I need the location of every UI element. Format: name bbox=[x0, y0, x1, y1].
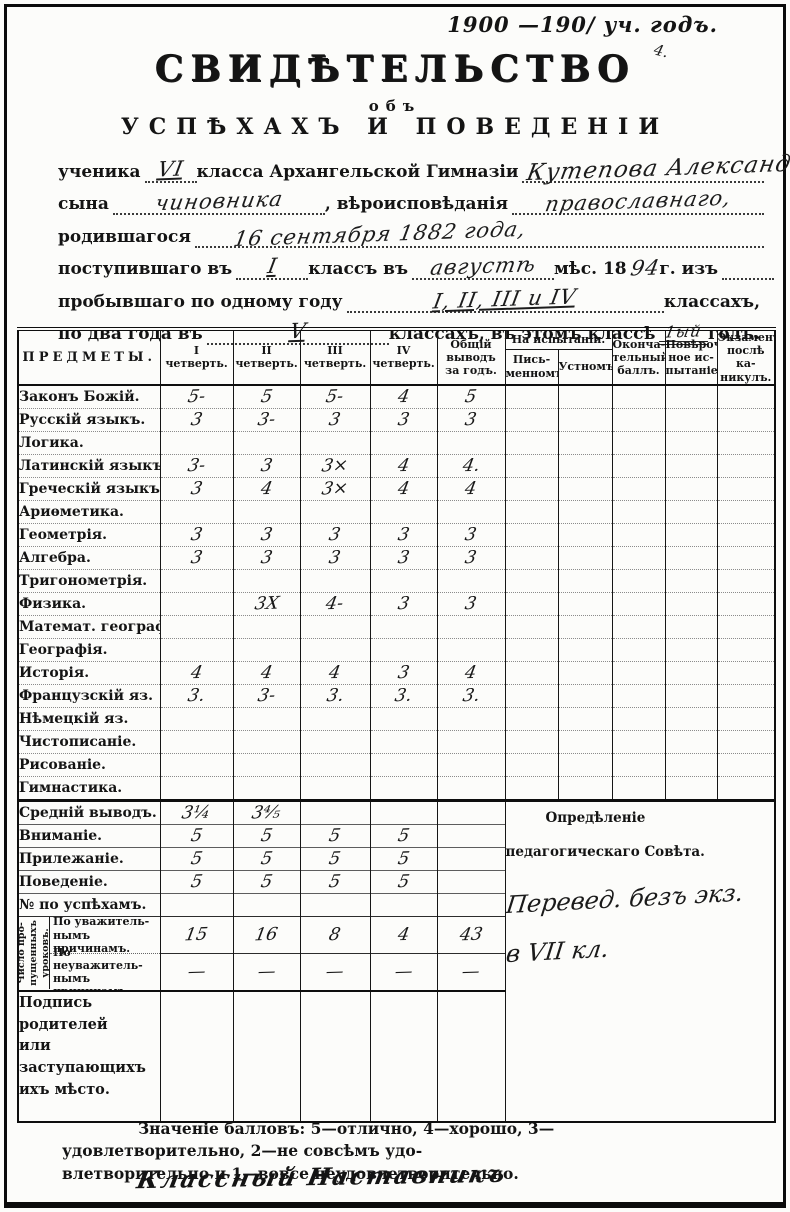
grade-cell: 3 bbox=[300, 408, 370, 431]
grade-cell: 3- bbox=[160, 454, 233, 477]
summary-grade-cell bbox=[437, 824, 505, 847]
subject-row: Географія. bbox=[18, 638, 775, 661]
empty-exam-cell bbox=[505, 615, 558, 638]
empty-exam-cell bbox=[717, 523, 775, 546]
grade-cell bbox=[300, 638, 370, 661]
grade-cell: 3 bbox=[233, 454, 300, 477]
label-month-18: мѣс. 18 bbox=[554, 259, 631, 280]
subject-row: Нѣмецкій яз. bbox=[18, 707, 775, 730]
missed-count-cell: — bbox=[370, 953, 437, 991]
empty-exam-cell bbox=[612, 523, 665, 546]
column-header-exam-group: На испытаніи. bbox=[505, 329, 612, 349]
marks-legend-line1: Значеніе балловъ: 5—отлично, 4—хорошо, 3… bbox=[62, 1118, 732, 1163]
subject-row: Геометрія.33333 bbox=[18, 523, 775, 546]
empty-exam-cell bbox=[665, 684, 717, 707]
empty-exam-cell bbox=[717, 615, 775, 638]
grade-cell bbox=[370, 431, 437, 454]
grade-cell bbox=[370, 638, 437, 661]
form-line-one-year: пробывшаго по одному году I, II, III и I… bbox=[58, 280, 764, 313]
grade-cell bbox=[437, 730, 505, 753]
subject-row: Греческій языкъ.343×44 bbox=[18, 477, 775, 500]
grade-cell: 3. bbox=[300, 684, 370, 707]
grade-cell: 4- bbox=[300, 592, 370, 615]
label-from: г. изъ bbox=[659, 259, 722, 280]
subject-row: Законъ Божій.5-55-45 bbox=[18, 385, 775, 409]
grade-cell bbox=[300, 776, 370, 800]
grade-cell bbox=[300, 753, 370, 776]
grade-cell: 3× bbox=[300, 477, 370, 500]
empty-exam-cell bbox=[505, 661, 558, 684]
column-header-exam-sub-1: Пись- менномъ bbox=[505, 349, 558, 385]
subject-row: Исторія.44434 bbox=[18, 661, 775, 684]
birth-date-field: 16 сентября 1882 года, bbox=[195, 222, 764, 248]
entry-month-field: августѣ bbox=[412, 254, 554, 280]
summary-grade-cell bbox=[300, 893, 370, 916]
subject-name: Законъ Божій. bbox=[18, 385, 160, 409]
empty-exam-cell bbox=[558, 753, 612, 776]
entry-year-field: 94 bbox=[631, 256, 660, 280]
grade-cell: 3 bbox=[233, 546, 300, 569]
empty-exam-cell bbox=[665, 523, 717, 546]
empty-exam-cell bbox=[665, 431, 717, 454]
empty-exam-cell bbox=[717, 638, 775, 661]
grade-cell bbox=[160, 707, 233, 730]
empty-exam-cell bbox=[612, 684, 665, 707]
grade-cell: 3. bbox=[160, 684, 233, 707]
subject-name: Рисованіе. bbox=[18, 753, 160, 776]
column-header-final-mark: Оконча- тельный баллъ. bbox=[612, 329, 665, 385]
subject-row: Математ. географ. bbox=[18, 615, 775, 638]
empty-exam-cell bbox=[505, 431, 558, 454]
summary-grade-cell: 5 bbox=[160, 824, 233, 847]
missed-count-cell: — bbox=[437, 953, 505, 991]
grade-cell bbox=[300, 615, 370, 638]
grade-cell: 3 bbox=[437, 408, 505, 431]
grade-cell bbox=[233, 500, 300, 523]
missed-count-cell: — bbox=[233, 953, 300, 991]
grade-cell: 5 bbox=[437, 385, 505, 409]
grade-cell: 3 bbox=[370, 546, 437, 569]
empty-exam-cell bbox=[717, 431, 775, 454]
father-status-field: чиновника bbox=[113, 189, 325, 215]
empty-exam-cell bbox=[558, 707, 612, 730]
summary-grade-cell: 3¼ bbox=[160, 800, 233, 824]
subject-name: Русскій языкъ. bbox=[18, 408, 160, 431]
grade-cell bbox=[437, 615, 505, 638]
empty-exam-cell bbox=[612, 707, 665, 730]
empty-exam-cell bbox=[558, 638, 612, 661]
grade-cell: 3 bbox=[160, 523, 233, 546]
grade-cell: 3 bbox=[370, 408, 437, 431]
religion-field: православнаго, bbox=[512, 189, 764, 215]
label-born: родившагося bbox=[58, 227, 195, 248]
empty-exam-cell bbox=[717, 569, 775, 592]
subject-name: Математ. географ. bbox=[18, 615, 160, 638]
council-handwritten-note-2: в VII кл. bbox=[505, 920, 775, 973]
summary-grade-cell bbox=[437, 870, 505, 893]
form-line-student: ученика VI класса Архангельской Гимназіи… bbox=[58, 150, 764, 183]
subject-row: Французскій яз.3.3-3.3.3. bbox=[18, 684, 775, 707]
column-header-exam-sub-2: Устномъ bbox=[558, 349, 612, 385]
empty-exam-cell bbox=[612, 477, 665, 500]
column-header-subjects: ПРЕДМЕТЫ. bbox=[18, 329, 160, 385]
subject-name: Ариѳметика. bbox=[18, 500, 160, 523]
empty-exam-cell bbox=[612, 776, 665, 800]
empty-exam-cell bbox=[612, 385, 665, 409]
empty-exam-cell bbox=[665, 500, 717, 523]
summary-grade-cell: 5 bbox=[300, 847, 370, 870]
signature-empty-cell bbox=[300, 991, 370, 1122]
grade-cell: 3- bbox=[233, 684, 300, 707]
grade-cell: 5- bbox=[160, 385, 233, 409]
label-uchenika: ученика bbox=[58, 162, 145, 183]
summary-grade-cell: 3⅘ bbox=[233, 800, 300, 824]
subject-row: Чистописаніе. bbox=[18, 730, 775, 753]
summary-grade-cell bbox=[160, 893, 233, 916]
empty-exam-cell bbox=[558, 477, 612, 500]
grade-cell: 3 bbox=[437, 523, 505, 546]
class-mentor-signature: Классный Наставникъ bbox=[135, 1159, 510, 1194]
form-line-birth: родившагося 16 сентября 1882 года, bbox=[58, 215, 764, 248]
summary-grade-cell bbox=[437, 893, 505, 916]
summary-name: Средній выводъ. bbox=[18, 800, 160, 824]
grade-cell: 4 bbox=[370, 385, 437, 409]
subject-row: Физика.3X4-33 bbox=[18, 592, 775, 615]
grade-cell bbox=[370, 615, 437, 638]
empty-exam-cell bbox=[665, 385, 717, 409]
label-religion: , вѣроисповѣданія bbox=[325, 194, 512, 215]
grade-cell bbox=[160, 730, 233, 753]
empty-exam-cell bbox=[505, 753, 558, 776]
column-header-quarter-3: III четверть. bbox=[300, 329, 370, 385]
summary-row: Средній выводъ.3¼3⅘Опредѣленіе педагогич… bbox=[18, 800, 775, 824]
empty-exam-cell bbox=[505, 638, 558, 661]
empty-exam-cell bbox=[717, 546, 775, 569]
empty-exam-cell bbox=[717, 661, 775, 684]
grade-cell bbox=[160, 592, 233, 615]
grade-cell bbox=[233, 776, 300, 800]
empty-exam-cell bbox=[612, 615, 665, 638]
pedagogical-council-cell: Опредѣленіе педагогическаго Совѣта.Перев… bbox=[505, 800, 775, 1122]
grade-cell bbox=[233, 730, 300, 753]
missed-count-cell: — bbox=[300, 953, 370, 991]
label-gymnasium: класса Архангельской Гимназіи bbox=[197, 162, 523, 183]
empty-exam-cell bbox=[665, 592, 717, 615]
document-subtitle-main: УСПѢХАХЪ И ПОВЕДЕНІИ bbox=[0, 114, 790, 140]
empty-exam-cell bbox=[612, 500, 665, 523]
empty-exam-cell bbox=[558, 592, 612, 615]
empty-exam-cell bbox=[558, 776, 612, 800]
empty-exam-cell bbox=[717, 385, 775, 409]
grade-cell bbox=[437, 500, 505, 523]
form-line-entry: поступившаго въ I классъ въ августѣ мѣс.… bbox=[58, 248, 764, 281]
grade-cell bbox=[437, 776, 505, 800]
empty-exam-cell bbox=[505, 592, 558, 615]
column-header-quarter-1: I четверть. bbox=[160, 329, 233, 385]
entry-from-blank bbox=[722, 278, 774, 280]
empty-exam-cell bbox=[558, 569, 612, 592]
empty-exam-cell bbox=[665, 776, 717, 800]
subject-name: Географія. bbox=[18, 638, 160, 661]
empty-exam-cell bbox=[665, 638, 717, 661]
subject-name: Физика. bbox=[18, 592, 160, 615]
grade-cell: 3 bbox=[160, 546, 233, 569]
summary-name: Вниманіе. bbox=[18, 824, 160, 847]
grade-cell bbox=[370, 500, 437, 523]
summary-name: Прилежаніе. bbox=[18, 847, 160, 870]
summary-grade-cell: 5 bbox=[300, 824, 370, 847]
grade-cell: 4 bbox=[160, 661, 233, 684]
empty-exam-cell bbox=[558, 408, 612, 431]
empty-exam-cell bbox=[717, 477, 775, 500]
grade-cell: 4 bbox=[437, 477, 505, 500]
grade-cell: 3 bbox=[160, 477, 233, 500]
report-card-page: 1900 —190/ уч. годъ. 4. СВИДѢТЕЛЬСТВО об… bbox=[0, 0, 790, 1212]
empty-exam-cell bbox=[612, 408, 665, 431]
grade-cell bbox=[233, 638, 300, 661]
grade-cell: 3 bbox=[370, 592, 437, 615]
summary-grade-cell: 5 bbox=[233, 870, 300, 893]
subject-row: Алгебра.33333 bbox=[18, 546, 775, 569]
empty-exam-cell bbox=[558, 500, 612, 523]
document-title: СВИДѢТЕЛЬСТВО bbox=[0, 48, 790, 90]
empty-exam-cell bbox=[505, 776, 558, 800]
summary-grade-cell bbox=[437, 847, 505, 870]
class-number-field: VI bbox=[145, 157, 197, 183]
empty-exam-cell bbox=[717, 592, 775, 615]
subject-name: Чистописаніе. bbox=[18, 730, 160, 753]
grade-cell: 5- bbox=[300, 385, 370, 409]
subject-name: Логика. bbox=[18, 431, 160, 454]
grade-cell bbox=[370, 569, 437, 592]
empty-exam-cell bbox=[665, 569, 717, 592]
grade-cell bbox=[160, 500, 233, 523]
signature-empty-cell bbox=[160, 991, 233, 1122]
subject-row: Латинскій языкъ.3-33×44. bbox=[18, 454, 775, 477]
subject-row: Логика. bbox=[18, 431, 775, 454]
subject-name: Исторія. bbox=[18, 661, 160, 684]
empty-exam-cell bbox=[612, 753, 665, 776]
empty-exam-cell bbox=[558, 431, 612, 454]
empty-exam-cell bbox=[665, 707, 717, 730]
summary-grade-cell: 5 bbox=[370, 847, 437, 870]
label-klassah1: классахъ, bbox=[664, 292, 764, 313]
parent-signature-label: Подпись родителей или заступающихъ ихъ м… bbox=[18, 991, 160, 1122]
empty-exam-cell bbox=[505, 500, 558, 523]
column-header-quarter-4: IV четверть. bbox=[370, 329, 437, 385]
empty-exam-cell bbox=[505, 477, 558, 500]
empty-exam-cell bbox=[612, 569, 665, 592]
summary-name: № по успѣхамъ. bbox=[18, 893, 160, 916]
subject-row: Ариѳметика. bbox=[18, 500, 775, 523]
empty-exam-cell bbox=[717, 454, 775, 477]
empty-exam-cell bbox=[505, 523, 558, 546]
empty-exam-cell bbox=[665, 408, 717, 431]
empty-exam-cell bbox=[665, 546, 717, 569]
empty-exam-cell bbox=[558, 546, 612, 569]
missed-count-cell: 4 bbox=[370, 916, 437, 953]
grade-cell: 3 bbox=[300, 523, 370, 546]
empty-exam-cell bbox=[612, 661, 665, 684]
empty-exam-cell bbox=[717, 684, 775, 707]
empty-exam-cell bbox=[558, 454, 612, 477]
grade-cell bbox=[233, 753, 300, 776]
signature-empty-cell bbox=[437, 991, 505, 1122]
empty-exam-cell bbox=[717, 753, 775, 776]
grade-cell bbox=[160, 431, 233, 454]
grade-cell bbox=[437, 753, 505, 776]
grade-cell: 3 bbox=[437, 546, 505, 569]
summary-grade-cell: 5 bbox=[233, 847, 300, 870]
grade-cell bbox=[437, 707, 505, 730]
grade-cell: 3- bbox=[233, 408, 300, 431]
empty-exam-cell bbox=[612, 546, 665, 569]
document-subtitle-ob: объ bbox=[0, 97, 790, 115]
empty-exam-cell bbox=[505, 684, 558, 707]
empty-exam-cell bbox=[612, 638, 665, 661]
empty-exam-cell bbox=[558, 684, 612, 707]
council-handwritten-note: Перевед. безъ экз. bbox=[505, 872, 775, 925]
empty-exam-cell bbox=[558, 661, 612, 684]
missed-reason-label-2: По неуважитель- нымъ причинамъ. bbox=[50, 953, 160, 990]
summary-grade-cell bbox=[437, 800, 505, 824]
grade-cell: 3X bbox=[233, 592, 300, 615]
subject-name: Тригонометрія. bbox=[18, 569, 160, 592]
missed-count-cell: — bbox=[160, 953, 233, 991]
empty-exam-cell bbox=[612, 431, 665, 454]
summary-grade-cell: 5 bbox=[300, 870, 370, 893]
grade-cell: 3 bbox=[233, 523, 300, 546]
grade-cell bbox=[437, 569, 505, 592]
academic-year-line: 1900 —190/ уч. годъ. bbox=[447, 12, 718, 37]
missed-count-cell: 15 bbox=[160, 916, 233, 953]
council-title: Опредѣленіе педагогическаго Совѣта. bbox=[506, 802, 756, 870]
subject-row: Тригонометрія. bbox=[18, 569, 775, 592]
student-name-field: Кутепова Александра bbox=[522, 155, 764, 183]
label-one-year: пробывшаго по одному году bbox=[58, 292, 347, 313]
empty-exam-cell bbox=[717, 408, 775, 431]
grade-cell bbox=[160, 638, 233, 661]
grades-table-wrap: ПРЕДМЕТЫ.I четверть.II четверть.III четв… bbox=[17, 327, 776, 1123]
empty-exam-cell bbox=[505, 730, 558, 753]
grade-cell bbox=[437, 638, 505, 661]
form-line-father: сына чиновника , вѣроисповѣданія правосл… bbox=[58, 183, 764, 216]
grade-cell bbox=[160, 776, 233, 800]
label-class-in: классъ въ bbox=[308, 259, 412, 280]
grade-cell: 3 bbox=[300, 546, 370, 569]
summary-grade-cell bbox=[370, 800, 437, 824]
empty-exam-cell bbox=[717, 500, 775, 523]
grade-cell bbox=[300, 730, 370, 753]
empty-exam-cell bbox=[612, 454, 665, 477]
grade-cell: 3. bbox=[437, 684, 505, 707]
summary-name: Поведеніе. bbox=[18, 870, 160, 893]
grade-cell: 3 bbox=[370, 523, 437, 546]
signature-empty-cell bbox=[370, 991, 437, 1122]
one-year-classes-field: I, II, III и IV bbox=[347, 287, 664, 313]
grade-cell: 3× bbox=[300, 454, 370, 477]
empty-exam-cell bbox=[505, 385, 558, 409]
empty-exam-cell bbox=[558, 615, 612, 638]
grade-cell: 4 bbox=[233, 661, 300, 684]
grade-cell bbox=[160, 615, 233, 638]
grade-cell: 3 bbox=[160, 408, 233, 431]
empty-exam-cell bbox=[558, 385, 612, 409]
grade-cell bbox=[233, 707, 300, 730]
subject-name: Латинскій языкъ. bbox=[18, 454, 160, 477]
empty-exam-cell bbox=[665, 661, 717, 684]
summary-grade-cell bbox=[300, 800, 370, 824]
grades-table: ПРЕДМЕТЫ.I четверть.II четверть.III четв… bbox=[17, 327, 776, 1123]
missed-lessons-group: Число про- пущенныхъ уроковъ. bbox=[19, 917, 50, 989]
grade-cell: 3 bbox=[437, 592, 505, 615]
summary-grade-cell: 5 bbox=[370, 824, 437, 847]
subject-row: Рисованіе. bbox=[18, 753, 775, 776]
subject-name: Геометрія. bbox=[18, 523, 160, 546]
grade-cell: 3 bbox=[370, 661, 437, 684]
subject-name: Французскій яз. bbox=[18, 684, 160, 707]
empty-exam-cell bbox=[505, 408, 558, 431]
empty-exam-cell bbox=[717, 776, 775, 800]
student-info-form: ученика VI класса Архангельской Гимназіи… bbox=[58, 150, 764, 345]
grade-cell: 3. bbox=[370, 684, 437, 707]
entry-class-field: I bbox=[236, 254, 308, 280]
label-entered: поступившаго въ bbox=[58, 259, 236, 280]
grade-cell bbox=[370, 707, 437, 730]
empty-exam-cell bbox=[665, 454, 717, 477]
grade-cell: 4 bbox=[370, 477, 437, 500]
grade-cell: 4. bbox=[437, 454, 505, 477]
empty-exam-cell bbox=[717, 707, 775, 730]
empty-exam-cell bbox=[558, 730, 612, 753]
grade-cell bbox=[300, 569, 370, 592]
missed-lessons-group-label: Число про- пущенныхъ уроковъ. bbox=[18, 917, 52, 989]
column-header-recheck: Повѣроч ное ис- пытаніе. bbox=[665, 329, 717, 385]
column-header-post-vacation: Экзаменъ послѣ ка- никулъ. bbox=[717, 329, 775, 385]
column-header-year-total: Общій выводъ за годъ. bbox=[437, 329, 505, 385]
grade-cell: 5 bbox=[233, 385, 300, 409]
subject-row: Русскій языкъ.33-333 bbox=[18, 408, 775, 431]
empty-exam-cell bbox=[505, 546, 558, 569]
empty-exam-cell bbox=[665, 477, 717, 500]
empty-exam-cell bbox=[612, 592, 665, 615]
empty-exam-cell bbox=[717, 730, 775, 753]
summary-grade-cell bbox=[370, 893, 437, 916]
signature-empty-cell bbox=[233, 991, 300, 1122]
summary-grade-cell: 5 bbox=[233, 824, 300, 847]
grade-cell bbox=[300, 431, 370, 454]
grade-cell bbox=[233, 615, 300, 638]
empty-exam-cell bbox=[665, 615, 717, 638]
missed-count-cell: 16 bbox=[233, 916, 300, 953]
subject-name: Алгебра. bbox=[18, 546, 160, 569]
grade-cell bbox=[370, 730, 437, 753]
grade-cell bbox=[160, 753, 233, 776]
empty-exam-cell bbox=[665, 730, 717, 753]
grade-cell bbox=[300, 707, 370, 730]
missed-count-cell: 43 bbox=[437, 916, 505, 953]
summary-grade-cell: 5 bbox=[370, 870, 437, 893]
label-syna: сына bbox=[58, 194, 113, 215]
grade-cell bbox=[437, 431, 505, 454]
column-header-quarter-2: II четверть. bbox=[233, 329, 300, 385]
grade-cell bbox=[370, 776, 437, 800]
empty-exam-cell bbox=[505, 454, 558, 477]
grade-cell bbox=[233, 431, 300, 454]
subject-name: Гимнастика. bbox=[18, 776, 160, 800]
subject-name: Нѣмецкій яз. bbox=[18, 707, 160, 730]
grade-cell bbox=[233, 569, 300, 592]
